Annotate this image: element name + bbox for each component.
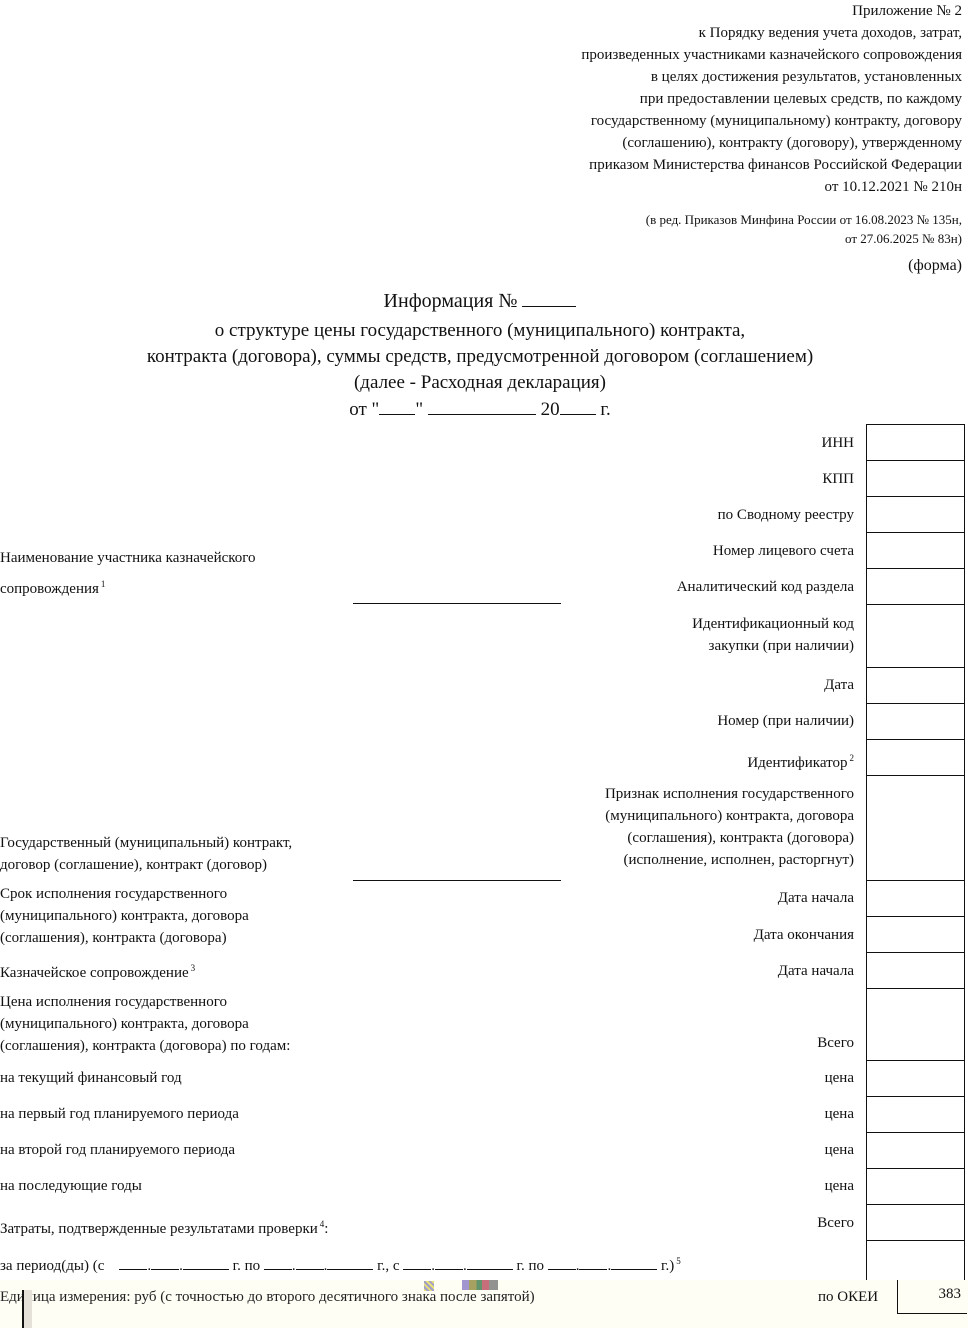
contract-field[interactable]	[353, 880, 561, 881]
revision-line: (в ред. Приказов Минфина России от 16.08…	[502, 210, 962, 229]
label-current-year: на текущий финансовый год	[0, 1067, 182, 1089]
label-registry: по Сводному реестру	[718, 504, 854, 526]
label-purchase-id: Идентификационный код закупки (при налич…	[692, 613, 854, 657]
date-day-field[interactable]	[379, 396, 415, 415]
label-first-plan-year: на первый год планируемого периода	[0, 1103, 239, 1125]
appendix-line: приказом Министерства финансов Российско…	[502, 154, 962, 176]
okei-cell[interactable]: 383	[897, 1280, 967, 1314]
label-contract: Государственный (муниципальный) контракт…	[0, 832, 292, 876]
appendix-line: при предоставлении целевых средств, по к…	[502, 88, 962, 110]
date-year-field[interactable]	[560, 396, 596, 415]
code-cell-price-total[interactable]	[866, 988, 965, 1060]
footnote-ref: 5	[676, 1256, 681, 1266]
label-price-second: цена	[825, 1139, 854, 1161]
render-artifact	[462, 1280, 498, 1290]
appendix-line: государственному (муниципальному) контра…	[502, 110, 962, 132]
label-inn: ИНН	[822, 432, 855, 454]
title-date-line: от "" 20 г.	[0, 396, 960, 423]
title-line-3: контракта (договора), суммы средств, пре…	[0, 344, 960, 370]
label-identifier: Идентификатор2	[747, 747, 854, 774]
appendix-header: Приложение № 2 к Порядку ведения учета д…	[502, 0, 962, 198]
revision-line: от 27.06.2025 № 83н)	[502, 229, 962, 248]
label-analytic-code: Аналитический код раздела	[677, 576, 854, 598]
code-cell-account[interactable]	[866, 532, 965, 568]
code-cell-treasury-start[interactable]	[866, 952, 965, 988]
info-number-field[interactable]	[522, 288, 576, 307]
label-price-following: цена	[825, 1175, 854, 1197]
label-term-start: Дата начала	[778, 887, 854, 909]
period2-from-year[interactable]	[467, 1255, 513, 1270]
code-cell-price-second[interactable]	[866, 1132, 965, 1168]
period1-from-day[interactable]	[119, 1255, 147, 1270]
appendix-line: от 10.12.2021 № 210н	[502, 176, 962, 198]
period-line: за период(ды) (с .. г. по .. г., с .. г.…	[0, 1250, 681, 1277]
period2-to-month[interactable]	[579, 1255, 607, 1270]
text-cursor	[22, 1290, 24, 1328]
appendix-line: в целях достижения результатов, установл…	[502, 66, 962, 88]
label-term-end: Дата окончания	[754, 924, 854, 946]
footnote-ref: 2	[850, 753, 855, 763]
code-cell-registry[interactable]	[866, 496, 965, 532]
code-cell-term-end[interactable]	[866, 916, 965, 952]
render-artifact	[424, 1281, 434, 1291]
label-treasury-start: Дата начала	[778, 960, 854, 982]
code-cell-identifier[interactable]	[866, 739, 965, 775]
period1-to-month[interactable]	[296, 1255, 324, 1270]
label-second-plan-year: на второй год планируемого периода	[0, 1139, 235, 1161]
form-note: (форма)	[908, 255, 962, 277]
appendix-line: (соглашению), контракту (договору), утве…	[502, 132, 962, 154]
appendix-line: к Порядку ведения учета доходов, затрат,	[502, 22, 962, 44]
okei-value: 383	[939, 1286, 962, 1303]
code-cell-costs-total[interactable]	[866, 1204, 965, 1240]
label-costs: Затраты, подтвержденные результатами про…	[0, 1213, 328, 1240]
code-cell-contract-date[interactable]	[866, 667, 965, 703]
label-price-current: цена	[825, 1067, 854, 1089]
label-account: Номер лицевого счета	[713, 540, 854, 562]
code-cell-status[interactable]	[866, 775, 965, 880]
title-line-4: (далее - Расходная декларация)	[0, 370, 960, 396]
label-price-first: цена	[825, 1103, 854, 1125]
label-contract-date: Дата	[824, 674, 854, 696]
appendix-line: произведенных участниками казначейского …	[502, 44, 962, 66]
code-cell-analytic-code[interactable]	[866, 568, 965, 604]
code-cell-price-current[interactable]	[866, 1060, 965, 1096]
label-treasury: Казначейское сопровождение3	[0, 957, 195, 984]
label-kpp: КПП	[822, 468, 854, 490]
title-line-2: о структуре цены государственного (муниц…	[0, 318, 960, 344]
code-cell-price-first[interactable]	[866, 1096, 965, 1132]
period1-to-day[interactable]	[264, 1255, 292, 1270]
period1-to-year[interactable]	[327, 1255, 373, 1270]
label-participant: Наименование участника казначейского соп…	[0, 547, 256, 600]
code-cell-contract-number[interactable]	[866, 703, 965, 739]
label-status: Признак исполнения государственного (мун…	[605, 783, 854, 871]
date-month-field[interactable]	[428, 396, 536, 415]
period2-from-month[interactable]	[435, 1255, 463, 1270]
units-line: Единица измерения: руб (с точностью до в…	[0, 1286, 535, 1308]
period2-to-year[interactable]	[611, 1255, 657, 1270]
text-cursor-shade	[24, 1290, 32, 1328]
label-contract-number: Номер (при наличии)	[717, 710, 854, 732]
code-cell-purchase-id[interactable]	[866, 604, 965, 667]
label-costs-total: Всего	[817, 1212, 854, 1234]
period1-from-month[interactable]	[151, 1255, 179, 1270]
okei-label: по ОКЕИ	[818, 1286, 878, 1308]
label-term: Срок исполнения государственного (муници…	[0, 883, 249, 949]
participant-name-field[interactable]	[353, 603, 561, 604]
title-line-1: Информация №	[0, 288, 960, 318]
code-cell-inn[interactable]	[866, 424, 965, 460]
revision-note: (в ред. Приказов Минфина России от 16.08…	[502, 210, 962, 248]
label-price-total: Всего	[817, 1032, 854, 1054]
period1-from-year[interactable]	[183, 1255, 229, 1270]
code-cell-term-start[interactable]	[866, 880, 965, 916]
code-cell-costs-period[interactable]	[866, 1240, 965, 1280]
code-cell-kpp[interactable]	[866, 460, 965, 496]
code-cell-price-following[interactable]	[866, 1168, 965, 1204]
label-following-years: на последующие годы	[0, 1175, 142, 1197]
footnote-ref: 1	[101, 579, 106, 589]
label-price: Цена исполнения государственного (муници…	[0, 991, 290, 1057]
document-title: Информация № о структуре цены государств…	[0, 288, 960, 423]
period2-to-day[interactable]	[548, 1255, 576, 1270]
appendix-line: Приложение № 2	[502, 0, 962, 22]
period2-from-day[interactable]	[403, 1255, 431, 1270]
footnote-ref: 3	[191, 963, 196, 973]
